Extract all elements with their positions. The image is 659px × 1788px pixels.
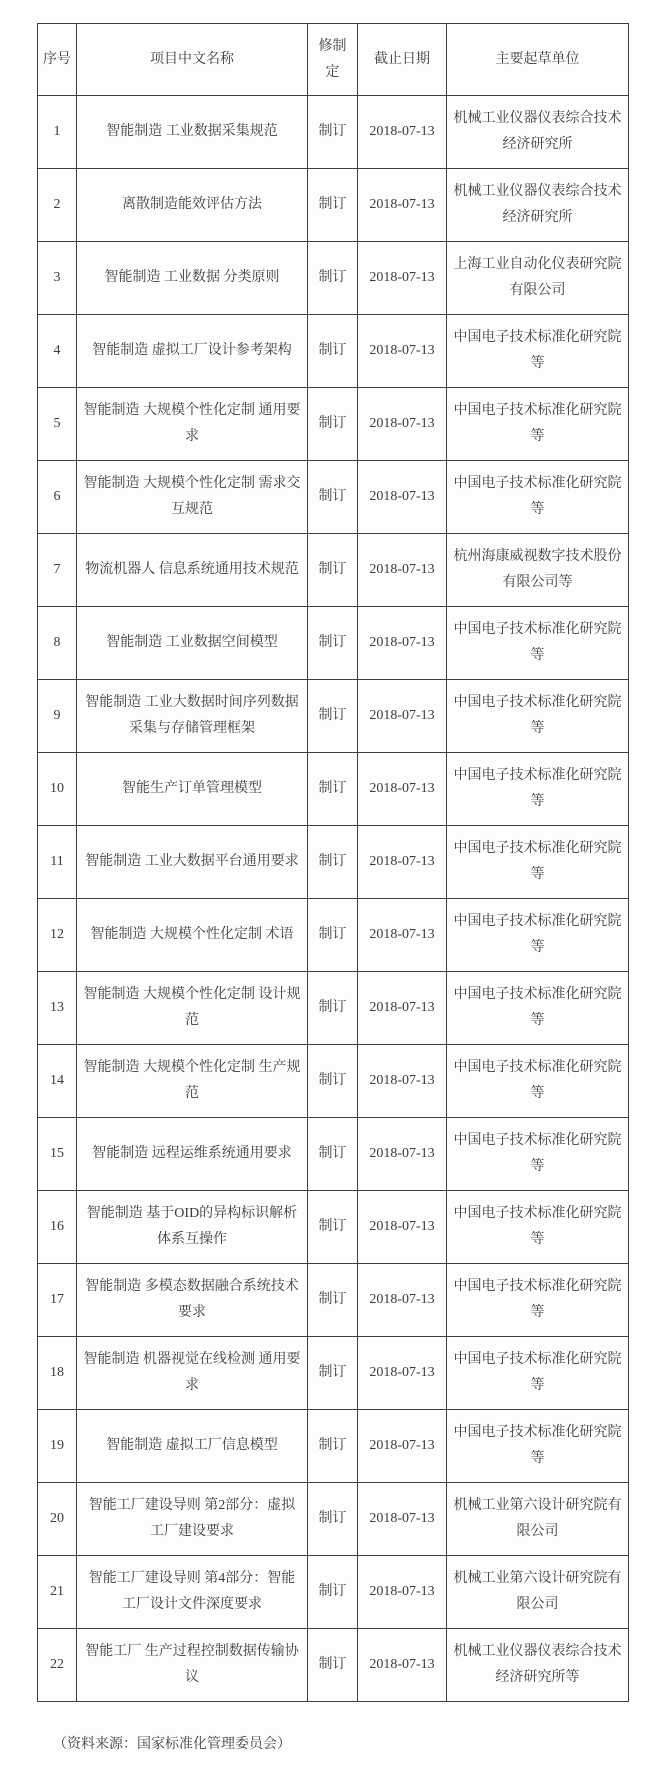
table-row: 8智能制造 工业数据空间模型制订2018-07-13中国电子技术标准化研究院等 — [38, 607, 629, 680]
cell-type: 制订 — [308, 680, 358, 753]
cell-deadline: 2018-07-13 — [358, 169, 447, 242]
cell-org: 杭州海康威视数字技术股份有限公司等 — [447, 534, 629, 607]
table-row: 13智能制造 大规模个性化定制 设计规范制订2018-07-13中国电子技术标准… — [38, 972, 629, 1045]
cell-no: 15 — [38, 1118, 77, 1191]
table-row: 15智能制造 远程运维系统通用要求制订2018-07-13中国电子技术标准化研究… — [38, 1118, 629, 1191]
deadline-text: 2018-07-13 — [369, 119, 434, 145]
cell-type: 制订 — [308, 1337, 358, 1410]
cell-org: 机械工业第六设计研究院有限公司 — [447, 1483, 629, 1556]
table-row: 14智能制造 大规模个性化定制 生产规范制订2018-07-13中国电子技术标准… — [38, 1045, 629, 1118]
cell-no: 20 — [38, 1483, 77, 1556]
cell-org: 机械工业第六设计研究院有限公司 — [447, 1556, 629, 1629]
cell-deadline: 2018-07-13 — [358, 607, 447, 680]
cell-deadline: 2018-07-13 — [358, 1045, 447, 1118]
table-row: 12智能制造 大规模个性化定制 术语制订2018-07-13中国电子技术标准化研… — [38, 899, 629, 972]
header-deadline: 截止日期 — [358, 24, 447, 96]
cell-type: 制订 — [308, 169, 358, 242]
cell-type: 制订 — [308, 1191, 358, 1264]
cell-org: 中国电子技术标准化研究院等 — [447, 1118, 629, 1191]
cell-no: 12 — [38, 899, 77, 972]
header-no: 序号 — [38, 24, 77, 96]
cell-name: 智能工厂建设导则 第4部分：智能工厂设计文件深度要求 — [77, 1556, 308, 1629]
cell-name: 离散制造能效评估方法 — [77, 169, 308, 242]
table-row: 20智能工厂建设导则 第2部分：虚拟工厂建设要求制订2018-07-13机械工业… — [38, 1483, 629, 1556]
cell-type: 制订 — [308, 1264, 358, 1337]
table-row: 4智能制造 虚拟工厂设计参考架构制订2018-07-13中国电子技术标准化研究院… — [38, 315, 629, 388]
table-row: 5智能制造 大规模个性化定制 通用要求制订2018-07-13中国电子技术标准化… — [38, 388, 629, 461]
deadline-text: 2018-07-13 — [369, 338, 434, 364]
deadline-text: 2018-07-13 — [369, 1068, 434, 1094]
cell-org: 中国电子技术标准化研究院等 — [447, 1410, 629, 1483]
cell-type: 制订 — [308, 1410, 358, 1483]
cell-deadline: 2018-07-13 — [358, 680, 447, 753]
cell-no: 3 — [38, 242, 77, 315]
cell-name: 智能制造 工业数据空间模型 — [77, 607, 308, 680]
deadline-text: 2018-07-13 — [369, 1214, 434, 1240]
cell-no: 13 — [38, 972, 77, 1045]
deadline-text: 2018-07-13 — [369, 1433, 434, 1459]
cell-name: 智能制造 工业数据 分类原则 — [77, 242, 308, 315]
cell-deadline: 2018-07-13 — [358, 388, 447, 461]
deadline-text: 2018-07-13 — [369, 265, 434, 291]
deadline-text: 2018-07-13 — [369, 192, 434, 218]
deadline-text: 2018-07-13 — [369, 922, 434, 948]
cell-org: 中国电子技术标准化研究院等 — [447, 1191, 629, 1264]
cell-org: 中国电子技术标准化研究院等 — [447, 899, 629, 972]
table-row: 16智能制造 基于OID的异构标识解析体系互操作制订2018-07-13中国电子… — [38, 1191, 629, 1264]
cell-org: 中国电子技术标准化研究院等 — [447, 607, 629, 680]
table-row: 11智能制造 工业大数据平台通用要求制订2018-07-13中国电子技术标准化研… — [38, 826, 629, 899]
cell-type: 制订 — [308, 899, 358, 972]
cell-type: 制订 — [308, 534, 358, 607]
table-row: 7物流机器人 信息系统通用技术规范制订2018-07-13杭州海康威视数字技术股… — [38, 534, 629, 607]
deadline-text: 2018-07-13 — [369, 849, 434, 875]
cell-no: 9 — [38, 680, 77, 753]
cell-type: 制订 — [308, 315, 358, 388]
deadline-text: 2018-07-13 — [369, 776, 434, 802]
cell-deadline: 2018-07-13 — [358, 1118, 447, 1191]
cell-name: 智能制造 虚拟工厂信息模型 — [77, 1410, 308, 1483]
deadline-text: 2018-07-13 — [369, 1287, 434, 1313]
cell-deadline: 2018-07-13 — [358, 242, 447, 315]
cell-name: 智能制造 工业大数据时间序列数据采集与存储管理框架 — [77, 680, 308, 753]
cell-org: 中国电子技术标准化研究院等 — [447, 826, 629, 899]
cell-deadline: 2018-07-13 — [358, 534, 447, 607]
cell-type: 制订 — [308, 753, 358, 826]
cell-name: 智能制造 机器视觉在线检测 通用要求 — [77, 1337, 308, 1410]
cell-no: 17 — [38, 1264, 77, 1337]
cell-org: 机械工业仪器仪表综合技术经济研究所 — [447, 169, 629, 242]
table-row: 6智能制造 大规模个性化定制 需求交互规范制订2018-07-13中国电子技术标… — [38, 461, 629, 534]
cell-name: 智能制造 远程运维系统通用要求 — [77, 1118, 308, 1191]
cell-name: 智能制造 大规模个性化定制 设计规范 — [77, 972, 308, 1045]
table-row: 18智能制造 机器视觉在线检测 通用要求制订2018-07-13中国电子技术标准… — [38, 1337, 629, 1410]
cell-type: 制订 — [308, 1629, 358, 1702]
table-row: 17智能制造 多模态数据融合系统技术要求制订2018-07-13中国电子技术标准… — [38, 1264, 629, 1337]
cell-org: 中国电子技术标准化研究院等 — [447, 461, 629, 534]
cell-deadline: 2018-07-13 — [358, 826, 447, 899]
cell-name: 智能制造 虚拟工厂设计参考架构 — [77, 315, 308, 388]
cell-org: 机械工业仪器仪表综合技术经济研究所等 — [447, 1629, 629, 1702]
standards-table: 序号 项目中文名称 修制定 截止日期 主要起草单位 1智能制造 工业数据采集规范… — [37, 23, 629, 1702]
table-row: 1智能制造 工业数据采集规范制订2018-07-13机械工业仪器仪表综合技术经济… — [38, 96, 629, 169]
cell-name: 智能工厂 生产过程控制数据传输协议 — [77, 1629, 308, 1702]
deadline-text: 2018-07-13 — [369, 411, 434, 437]
table-row: 9智能制造 工业大数据时间序列数据采集与存储管理框架制订2018-07-13中国… — [38, 680, 629, 753]
cell-no: 11 — [38, 826, 77, 899]
cell-type: 制订 — [308, 96, 358, 169]
deadline-text: 2018-07-13 — [369, 1652, 434, 1678]
cell-org: 中国电子技术标准化研究院 等 — [447, 315, 629, 388]
cell-deadline: 2018-07-13 — [358, 1191, 447, 1264]
cell-no: 22 — [38, 1629, 77, 1702]
cell-name: 智能制造 多模态数据融合系统技术要求 — [77, 1264, 308, 1337]
table-row: 2离散制造能效评估方法制订2018-07-13机械工业仪器仪表综合技术经济研究所 — [38, 169, 629, 242]
cell-name: 智能制造 工业数据采集规范 — [77, 96, 308, 169]
cell-org: 上海工业自动化仪表研究院有限公司 — [447, 242, 629, 315]
cell-deadline: 2018-07-13 — [358, 461, 447, 534]
header-row: 序号 项目中文名称 修制定 截止日期 主要起草单位 — [38, 24, 629, 96]
source-note: （资料来源：国家标准化管理委员会） — [53, 1734, 291, 1756]
cell-org: 中国电子技术标准化研究院等 — [447, 388, 629, 461]
deadline-text: 2018-07-13 — [369, 484, 434, 510]
cell-type: 制订 — [308, 1483, 358, 1556]
deadline-text: 2018-07-13 — [369, 630, 434, 656]
cell-deadline: 2018-07-13 — [358, 1629, 447, 1702]
cell-deadline: 2018-07-13 — [358, 1264, 447, 1337]
table-row: 10智能生产订单管理模型制订2018-07-13中国电子技术标准化研究院等 — [38, 753, 629, 826]
header-name: 项目中文名称 — [77, 24, 308, 96]
cell-deadline: 2018-07-13 — [358, 1410, 447, 1483]
cell-name: 物流机器人 信息系统通用技术规范 — [77, 534, 308, 607]
standards-table-container: 序号 项目中文名称 修制定 截止日期 主要起草单位 1智能制造 工业数据采集规范… — [37, 23, 629, 1702]
cell-no: 18 — [38, 1337, 77, 1410]
table-row: 3智能制造 工业数据 分类原则制订2018-07-13上海工业自动化仪表研究院有… — [38, 242, 629, 315]
table-row: 22智能工厂 生产过程控制数据传输协议制订2018-07-13机械工业仪器仪表综… — [38, 1629, 629, 1702]
cell-org: 中国电子技术标准化研究院等 — [447, 1045, 629, 1118]
cell-deadline: 2018-07-13 — [358, 1556, 447, 1629]
cell-no: 14 — [38, 1045, 77, 1118]
cell-no: 8 — [38, 607, 77, 680]
cell-no: 7 — [38, 534, 77, 607]
cell-type: 制订 — [308, 388, 358, 461]
cell-org: 中国电子技术标准化研究院等 — [447, 972, 629, 1045]
cell-org: 中国电子技术标准化研究院等 — [447, 1264, 629, 1337]
cell-deadline: 2018-07-13 — [358, 972, 447, 1045]
cell-type: 制订 — [308, 461, 358, 534]
cell-no: 10 — [38, 753, 77, 826]
cell-type: 制订 — [308, 1045, 358, 1118]
cell-org: 机械工业仪器仪表综合技术经济研究所 — [447, 96, 629, 169]
cell-deadline: 2018-07-13 — [358, 315, 447, 388]
header-type: 修制定 — [308, 24, 358, 96]
cell-deadline: 2018-07-13 — [358, 1483, 447, 1556]
deadline-text: 2018-07-13 — [369, 1506, 434, 1532]
cell-no: 21 — [38, 1556, 77, 1629]
cell-no: 19 — [38, 1410, 77, 1483]
table-row: 19智能制造 虚拟工厂信息模型制订2018-07-13中国电子技术标准化研究院等 — [38, 1410, 629, 1483]
cell-type: 制订 — [308, 826, 358, 899]
cell-type: 制订 — [308, 972, 358, 1045]
cell-type: 制订 — [308, 242, 358, 315]
deadline-text: 2018-07-13 — [369, 995, 434, 1021]
cell-org: 中国电子技术标准化研究院等 — [447, 753, 629, 826]
deadline-text: 2018-07-13 — [369, 1579, 434, 1605]
cell-name: 智能工厂建设导则 第2部分：虚拟工厂建设要求 — [77, 1483, 308, 1556]
deadline-text: 2018-07-13 — [369, 557, 434, 583]
cell-deadline: 2018-07-13 — [358, 899, 447, 972]
cell-type: 制订 — [308, 607, 358, 680]
cell-type: 制订 — [308, 1556, 358, 1629]
table-body: 1智能制造 工业数据采集规范制订2018-07-13机械工业仪器仪表综合技术经济… — [38, 96, 629, 1702]
cell-deadline: 2018-07-13 — [358, 753, 447, 826]
deadline-text: 2018-07-13 — [369, 703, 434, 729]
cell-type: 制订 — [308, 1118, 358, 1191]
cell-name: 智能制造 工业大数据平台通用要求 — [77, 826, 308, 899]
deadline-text: 2018-07-13 — [369, 1141, 434, 1167]
cell-name: 智能制造 基于OID的异构标识解析体系互操作 — [77, 1191, 308, 1264]
cell-name: 智能制造 大规模个性化定制 需求交互规范 — [77, 461, 308, 534]
cell-org: 中国电子技术标准化研究院等 — [447, 1337, 629, 1410]
cell-name: 智能制造 大规模个性化定制 通用要求 — [77, 388, 308, 461]
table-row: 21智能工厂建设导则 第4部分：智能工厂设计文件深度要求制订2018-07-13… — [38, 1556, 629, 1629]
cell-no: 16 — [38, 1191, 77, 1264]
cell-name: 智能生产订单管理模型 — [77, 753, 308, 826]
cell-no: 1 — [38, 96, 77, 169]
cell-deadline: 2018-07-13 — [358, 1337, 447, 1410]
cell-no: 4 — [38, 315, 77, 388]
cell-no: 5 — [38, 388, 77, 461]
deadline-text: 2018-07-13 — [369, 1360, 434, 1386]
cell-name: 智能制造 大规模个性化定制 生产规范 — [77, 1045, 308, 1118]
cell-name: 智能制造 大规模个性化定制 术语 — [77, 899, 308, 972]
header-org: 主要起草单位 — [447, 24, 629, 96]
cell-no: 2 — [38, 169, 77, 242]
cell-deadline: 2018-07-13 — [358, 96, 447, 169]
cell-no: 6 — [38, 461, 77, 534]
cell-org: 中国电子技术标准化研究院等 — [447, 680, 629, 753]
